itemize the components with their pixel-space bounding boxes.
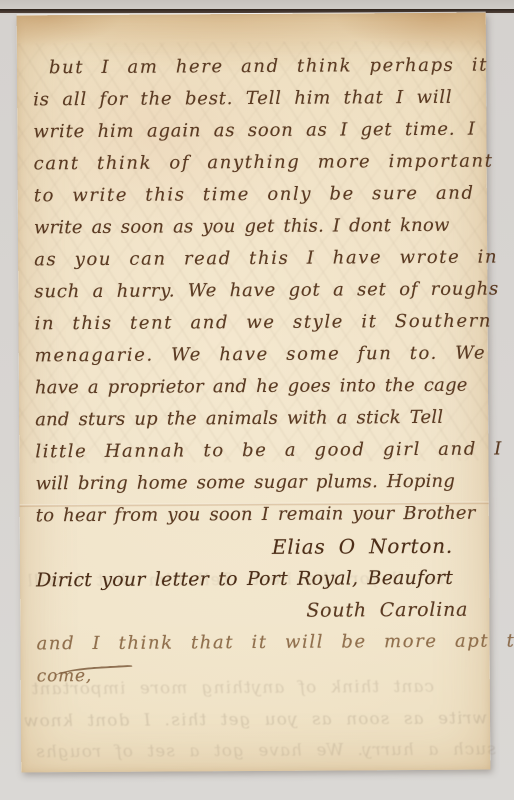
letter-line: will bring home some sugar plums. Hoping (35, 466, 480, 501)
letter-line: such a hurry. We have got a set of rough… (34, 274, 479, 309)
letter-line: to write this time only be sure and (34, 178, 479, 213)
letter-line: as you can read this I have wrote in (34, 242, 479, 277)
letter-line: write as soon as you get this. I dont kn… (34, 210, 479, 245)
letter-line: little Hannah to be a good girl and I (35, 434, 480, 469)
letter-line: and sturs up the animals with a stick Te… (35, 402, 480, 437)
address-line: Dirict your letter to Port Royal, Beaufo… (36, 562, 481, 597)
letter-body-text: but I am here and think perhaps it is al… (33, 50, 482, 693)
bleed-through-line: such a hurry. We have got a set of rough… (34, 740, 497, 763)
scan-background: but I am here and think perhaps it is al… (0, 0, 514, 800)
letter-line: is all for the best. Tell him that I wil… (33, 82, 478, 117)
letter-line: have a proprietor and he goes into the c… (35, 370, 480, 405)
letter-line: but I am here and think perhaps it (49, 50, 478, 85)
signature-line: Elias O Norton. (272, 530, 481, 563)
letter-line: and I think that it will be more apt to (36, 626, 481, 661)
letter-line: cant think of anything more important (34, 146, 479, 181)
letter-paper-sheet: but I am here and think perhaps it is al… (17, 13, 491, 773)
address-line: South Carolina (306, 594, 481, 627)
letter-line: in this tent and we style it Southern (34, 306, 479, 341)
bleed-through-line: write as soon as you get this. I dont kn… (22, 709, 488, 732)
letter-line: menagarie. We have some fun to. We (35, 338, 480, 373)
letter-line: write him again as soon as I get time. I (33, 114, 478, 149)
letter-line: to hear from you soon I remain your Brot… (36, 498, 481, 533)
